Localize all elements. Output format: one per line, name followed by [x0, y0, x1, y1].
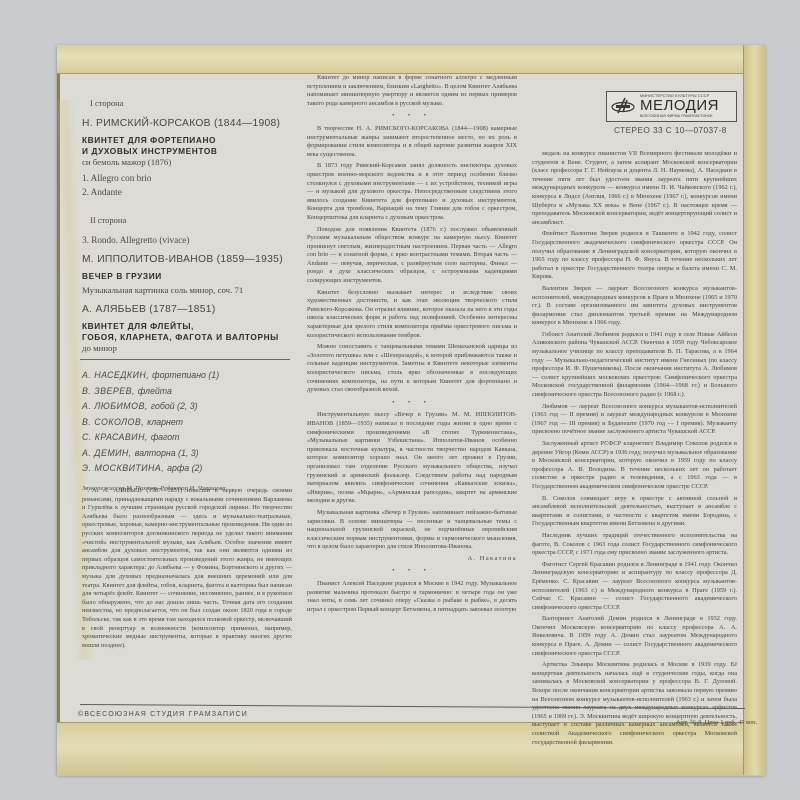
logo-brand-name: МЕЛОДИЯ [640, 98, 719, 113]
paragraph: Любимов — лауреат Всесоюзного конкурса м… [532, 403, 737, 437]
studio-credit: ©ВСЕСОЮЗНАЯ СТУДИЯ ГРАМЗАПИСИ [78, 711, 248, 718]
paragraph: Фаготист Сергей Красавин родился в Ленин… [532, 561, 737, 613]
composer-rimsky-korsakov: Н. РИМСКИЙ-КОРСАКОВ (1844—1908) [82, 118, 292, 129]
work-title: ВЕЧЕР В ГРУЗИИ [82, 271, 292, 282]
melodiya-emblem-icon [610, 96, 636, 116]
liner-notes-middle: Квинтет до минор написан в форме сонатно… [307, 74, 517, 617]
work-title: КВИНТЕТ ДЛЯ ФЛЕЙТЫ, [82, 321, 292, 332]
performer-role: арфа (2) [167, 463, 202, 473]
performer-role: кларнет [147, 417, 183, 427]
performer-name: А. ЛЮБИМОВ, [82, 401, 151, 411]
tape-strip-top [57, 45, 765, 74]
paragraph: Инструментальную пьесу «Вечер в Грузии» … [307, 411, 517, 506]
melodiya-logo: МИНИСТЕРСТВО КУЛЬТУРЫ СССР МЕЛОДИЯ ВСЕСО… [606, 91, 737, 122]
paragraph: Пианист Алексей Наседкин родился в Москв… [307, 580, 517, 614]
paragraph: В 1873 году Римский-Корсаков занял должн… [307, 162, 517, 222]
paragraph: Квинтет до минор написан в форме сонатно… [307, 74, 517, 108]
paragraph: Артистка Эльвира Москвитина родилась в М… [532, 661, 737, 747]
author-signature: А. Накатина [307, 555, 517, 564]
paragraph: Музыкальная картинка «Вечер в Грузии» на… [307, 509, 517, 552]
performer-name: Э. МОСКВИТИНА, [82, 463, 167, 473]
section-separator: • • • [307, 112, 517, 121]
paragraph: В творчестве Н. А. РИМСКОГО-КОРСАКОВА (1… [307, 125, 517, 159]
composer-ippolitov-ivanov: М. ИППОЛИТОВ-ИВАНОВ (1859—1935) [82, 254, 292, 265]
paragraph: Квинтет безусловно вызывает интерес и вс… [307, 289, 517, 341]
price-label: Арт. 36-8. Цена 1 руб. 45 коп. [676, 719, 757, 726]
catalog-number: СТЕРЕО 33 С 10—07037-8 [614, 125, 727, 135]
performer-role: гобой (2, 3) [151, 401, 198, 411]
performer-role: фагот [151, 432, 180, 442]
performer-item: А. ДЕМИН, валторна (1, 3) [82, 448, 292, 458]
paragraph: Валторнист Анатолий Демин родился в Лени… [532, 615, 737, 658]
paragraph: А. А. АЛЯБЬЕВ (1787—1851) известен в пер… [82, 487, 292, 650]
performer-item: В. ЗВЕРЕВ, флейта [82, 386, 292, 396]
paragraph: Заслуженный артист РСФСР кларнетист Влад… [532, 440, 737, 492]
work-subtitle: до минор [82, 343, 292, 353]
paragraph: Наследник лучших традиций отечественного… [532, 532, 737, 558]
performer-role: флейта [138, 386, 172, 396]
track-item: 1. Allegro con brio [82, 173, 292, 183]
work-title: КВИНТЕТ ДЛЯ ФОРТЕПИАНО [82, 135, 292, 146]
performer-role: валторна (1, 3) [135, 448, 199, 458]
paragraph: В. Соколов совмещает игру в оркестре с а… [532, 495, 737, 529]
performer-name: А. ДЕМИН, [82, 448, 135, 458]
paragraph: Флейтист Валентин Зверев родился в Ташке… [532, 230, 737, 282]
paragraph: Можно сопоставить с танцевальными темами… [307, 343, 517, 395]
track-item: 3. Rondo. Allegretto (vivace) [82, 235, 292, 245]
performer-item: А. ЛЮБИМОВ, гобой (2, 3) [82, 401, 292, 411]
performer-role: фортепиано (1) [152, 370, 219, 380]
side-one-label: I сторона [90, 98, 292, 108]
performer-name: А. НАСЕДКИН, [82, 370, 152, 380]
performer-item: А. НАСЕДКИН, фортепиано (1) [82, 370, 292, 380]
performers-list: А. НАСЕДКИН, фортепиано (1)В. ЗВЕРЕВ, фл… [82, 370, 292, 473]
work-title: И ДУХОВЫХ ИНСТРУМЕНТОВ [82, 146, 292, 157]
side-two-label: II сторона [90, 215, 292, 225]
liner-notes-left: А. А. АЛЯБЬЕВ (1787—1851) известен в пер… [82, 487, 292, 653]
paragraph: Валентин Зверев — лауреат Всесоюзного ко… [532, 285, 737, 328]
work-subtitle: Музыкальная картинка соль минор, соч. 71 [82, 285, 292, 295]
performer-item: С. КРАСАВИН, фагот [82, 432, 292, 442]
performer-item: Э. МОСКВИТИНА, арфа (2) [82, 463, 292, 473]
logo-firm-line: ВСЕСОЮЗНАЯ ФИРМА ГРАМПЛАСТИНОК [640, 114, 713, 118]
liner-notes-right: медаль на конкурсе пианистов VII Всемирн… [532, 150, 737, 750]
section-separator: • • • [307, 399, 517, 408]
paragraph: медаль на конкурсе пианистов VII Всемирн… [532, 150, 737, 227]
divider [80, 359, 290, 360]
track-item: 2. Andante [82, 187, 292, 197]
performer-name: В. ЗВЕРЕВ, [82, 386, 138, 396]
section-separator: • • • [307, 567, 517, 576]
paragraph: Гобоист Анатолий Любимов родился в 1941 … [532, 331, 737, 400]
performer-name: С. КРАСАВИН, [82, 432, 151, 442]
performer-item: В. СОКОЛОВ, кларнет [82, 417, 292, 427]
paragraph: Поводом для появления Квинтета (1876 г.)… [307, 226, 517, 286]
work-title: ГОБОЯ, КЛАРНЕТА, ФАГОТА И ВАЛТОРНЫ [82, 332, 292, 343]
composer-alyabyev: А. АЛЯБЬЕВ (1787—1851) [82, 304, 292, 315]
tracklist: I сторона Н. РИМСКИЙ-КОРСАКОВ (1844—1908… [82, 92, 292, 492]
performer-name: В. СОКОЛОВ, [82, 417, 147, 427]
work-subtitle: си бемоль мажор (1876) [82, 157, 292, 167]
tape-strip-right [743, 45, 766, 775]
